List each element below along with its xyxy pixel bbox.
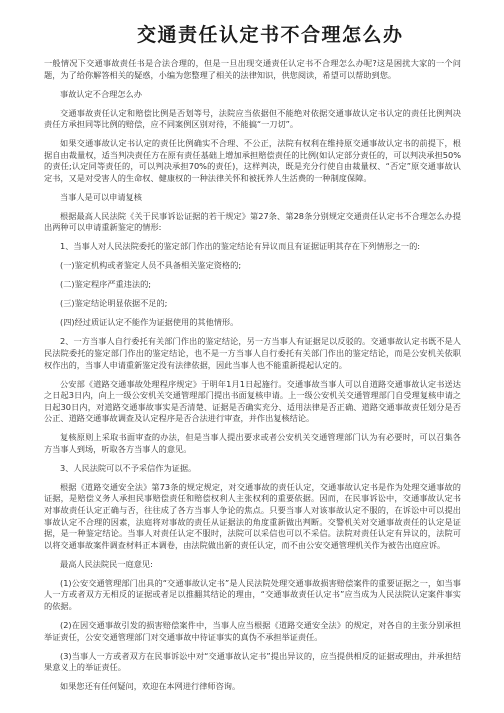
paragraph: 3、人民法院可以不予采信作为证据。	[44, 463, 461, 475]
paragraph: (1)公安交通管理部门出具的“交通事故认定书”是人民法院处理交通事故损害赔偿案件…	[44, 578, 461, 613]
paragraph: 如果交通事故认定书认定的责任比例确实不合理、不公正，法院有权利在维持原交通事故认…	[44, 138, 461, 184]
paragraph: (3)当事人一方或者双方在民事诉讼中对“交通事故认定书”提出异议的，应当提供相反…	[44, 651, 461, 674]
paragraph: 最高人民法院民一庭意见:	[44, 559, 461, 571]
paragraph: (四)经过质证认定不能作为证据使用的其他情形。	[44, 317, 461, 329]
paragraph: (三)鉴定结论明显依据不足的;	[44, 298, 461, 310]
paragraph: 复核原则上采取书面审查的办法，但是当事人提出要求或者公安机关交通管理部门认为有必…	[44, 432, 461, 455]
paragraph: 当事人是可以申请复核	[44, 192, 461, 204]
paragraph: 公安部《道路交通事故处理程序规定》于明年1月1日起施行。交通事故当事人可以自道路…	[44, 379, 461, 425]
paragraph: 事故认定不合理怎么办	[44, 89, 461, 101]
paragraph: 2、一方当事人自行委托有关部门作出的鉴定结论，另一方当事人有证据足以反驳的。交通…	[44, 336, 461, 371]
paragraph: 根据《道路交通安全法》第73条的规定规定，对交通事故的责任认定，交通事故认定书是…	[44, 482, 461, 552]
paragraph: 如果您还有任何疑问，欢迎在本网进行律师咨询。	[44, 681, 461, 693]
document-body: 一般情况下交通事故责任书是合法合理的，但是一旦出现交通责任认定书不合理怎么办呢?…	[44, 58, 461, 700]
paragraph: 一般情况下交通事故责任书是合法合理的，但是一旦出现交通责任认定书不合理怎么办呢?…	[44, 58, 461, 81]
paragraph: 1、当事人对人民法院委托的鉴定部门作出的鉴定结论有异议而且有证据证明其存在下列情…	[44, 241, 461, 253]
document-title: 交通责任认定书不合理怎么办	[137, 24, 369, 46]
paragraph: (2)在因交通事故引发的损害赔偿案件中，当事人应当根据《道路交通安全法》的规定，…	[44, 620, 461, 643]
paragraph: (一)鉴定机构或者鉴定人员不具备相关鉴定资格的;	[44, 260, 461, 272]
paragraph: (二)鉴定程序严重违法的;	[44, 279, 461, 291]
paragraph: 交通事故责任认定和赔偿比例是否划等号，法院应当依据但不能绝对依据交通事故认定书认…	[44, 108, 461, 131]
paragraph: 根据最高人民法院《关于民事诉讼证据的若干规定》第27条、第28条分别规定交通责任…	[44, 211, 461, 234]
